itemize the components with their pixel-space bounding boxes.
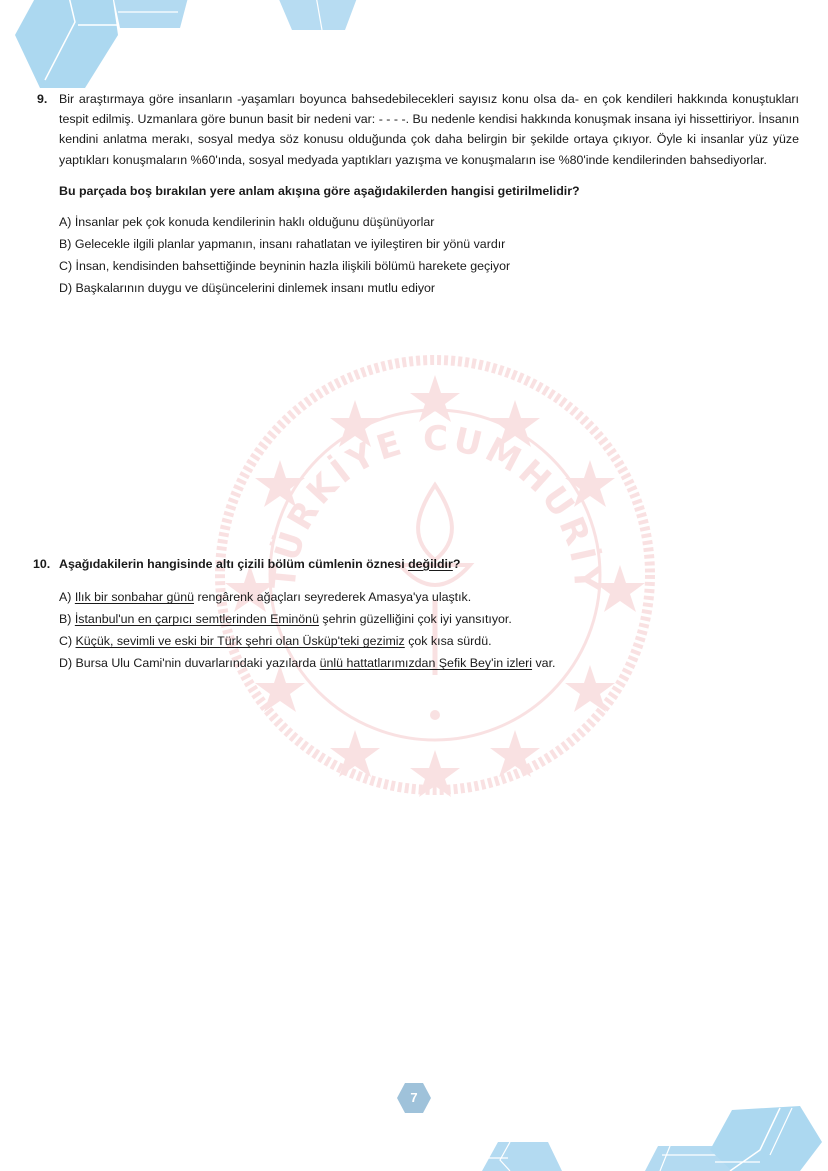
question-number: 9. xyxy=(37,89,59,170)
question-passage: Bir araştırmaya göre insanların -yaşamla… xyxy=(59,89,799,170)
option-c[interactable]: C) İnsan, kendisinden bahsettiğinde beyn… xyxy=(59,255,799,277)
answer-options: A) Ilık bir sonbahar günü rengârenk ağaç… xyxy=(59,586,799,674)
question-stem: Bu parçada boş bırakılan yere anlam akış… xyxy=(59,181,799,201)
option-text: rengârenk ağaçları seyrederek Amasya'ya … xyxy=(194,590,471,604)
stem-end: ? xyxy=(453,557,461,571)
option-d[interactable]: D) Bursa Ulu Cami'nin duvarlarındaki yaz… xyxy=(59,652,799,674)
question-number: 10. xyxy=(33,554,55,574)
option-underlined: Küçük, sevimli ve eski bir Türk şehri ol… xyxy=(76,634,405,648)
option-a[interactable]: A) Ilık bir sonbahar günü rengârenk ağaç… xyxy=(59,586,799,608)
option-text: çok kısa sürdü. xyxy=(405,634,492,648)
hexagon-decoration-bottom xyxy=(470,1100,828,1171)
option-label: B) xyxy=(59,612,75,626)
hexagon-decoration-top xyxy=(0,0,400,90)
option-underlined: ünlü hattatlarımızdan Şefik Bey'in izler… xyxy=(320,656,532,670)
option-label: C) xyxy=(59,634,76,648)
question-10: 10. Aşağıdakilerin hangisinde altı çizil… xyxy=(37,554,799,674)
stem-text: Aşağıdakilerin hangisinde altı çizili bö… xyxy=(59,557,408,571)
option-text: var. xyxy=(532,656,555,670)
option-underlined: Ilık bir sonbahar günü xyxy=(75,590,194,604)
option-label: A) xyxy=(59,590,75,604)
option-b[interactable]: B) İstanbul'un en çarpıcı semtlerinden E… xyxy=(59,608,799,630)
option-d[interactable]: D) Başkalarının duygu ve düşüncelerini d… xyxy=(59,277,799,299)
page-number: 7 xyxy=(396,1082,432,1114)
option-b[interactable]: B) Gelecekle ilgili planlar yapmanın, in… xyxy=(59,233,799,255)
option-label: D) xyxy=(59,656,76,670)
option-a[interactable]: A) İnsanlar pek çok konuda kendilerinin … xyxy=(59,211,799,233)
stem-underlined: değildir xyxy=(408,557,453,571)
page-number-badge: 7 xyxy=(396,1082,432,1114)
question-9: 9. Bir araştırmaya göre insanların -yaşa… xyxy=(37,89,799,299)
answer-options: A) İnsanlar pek çok konuda kendilerinin … xyxy=(59,211,799,299)
option-underlined: İstanbul'un en çarpıcı semtlerinden Emin… xyxy=(75,612,319,626)
option-text: Bursa Ulu Cami'nin duvarlarındaki yazıla… xyxy=(76,656,320,670)
option-c[interactable]: C) Küçük, sevimli ve eski bir Türk şehri… xyxy=(59,630,799,652)
option-text: şehrin güzelliğini çok iyi yansıtıyor. xyxy=(319,612,512,626)
question-stem: Aşağıdakilerin hangisinde altı çizili bö… xyxy=(59,554,460,574)
